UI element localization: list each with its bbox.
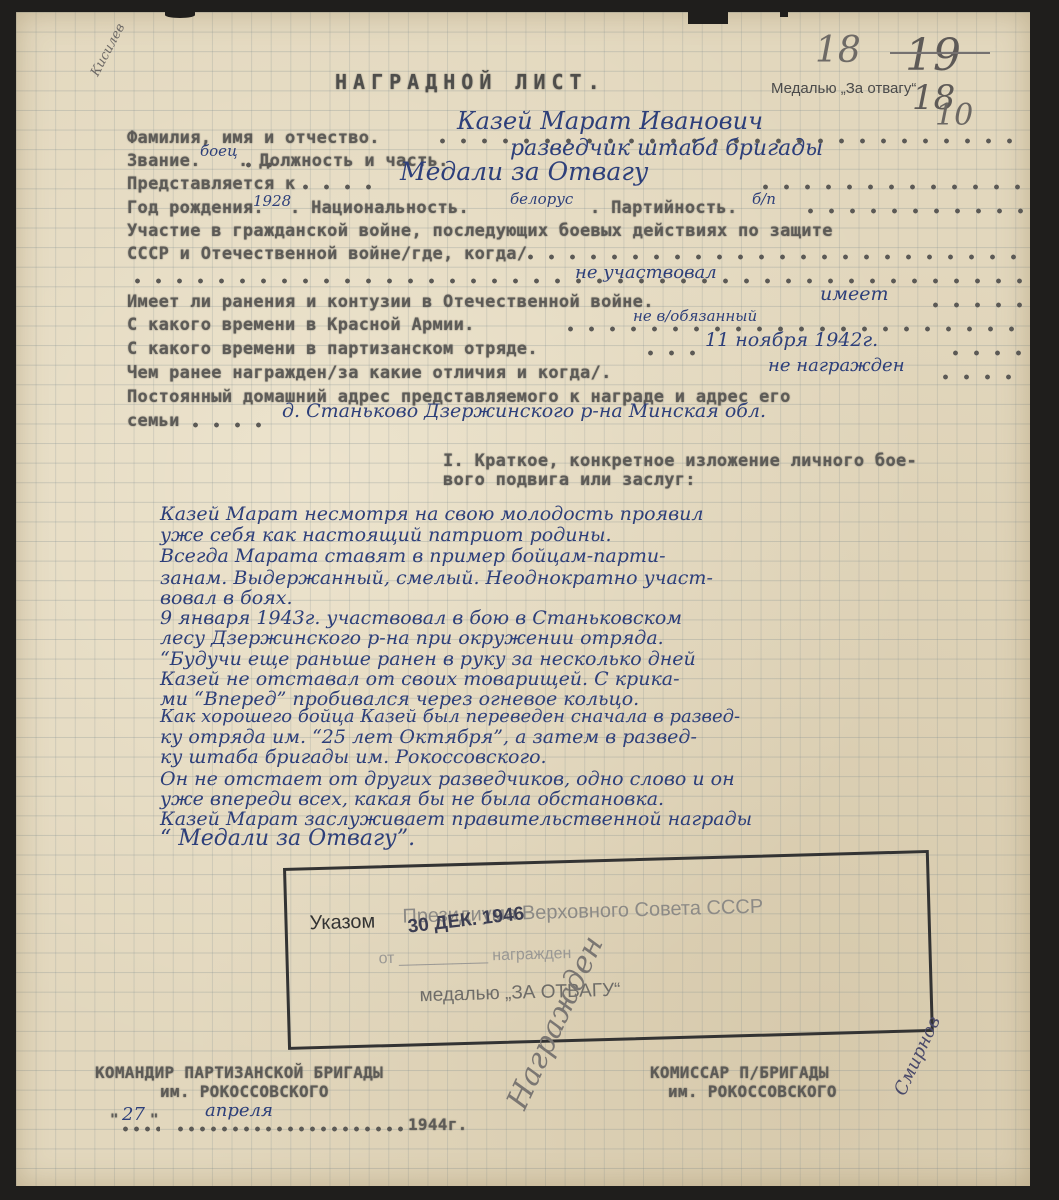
narrative-line: занам. Выдержанный, смелый. Неоднократно… — [160, 567, 713, 589]
narrative-line: Он не отстает от других разведчиков, одн… — [160, 768, 735, 790]
field-label-fullname: Фамилия, имя и отчество. — [127, 128, 380, 148]
narrative-line: 9 января 1943г. участвовал в бою в Стань… — [160, 607, 682, 629]
narrative-line: уже себя как настоящий патриот родины. — [160, 524, 612, 546]
medal-type-stamp: Медалью „За отвагу“ — [771, 80, 916, 97]
dot-leader — [945, 350, 1025, 356]
paper-tear — [688, 12, 728, 24]
field-value-red-army: не в/обязанный — [633, 305, 757, 327]
field-label-party: . Партийность. — [590, 198, 738, 218]
pencil-number-1: 18 — [815, 30, 861, 71]
document-title: НАГРАДНОЙ ЛИСТ. — [335, 72, 606, 92]
narrative-line: вовал в боях. — [160, 587, 293, 609]
field-label-address-2: семьи — [127, 411, 180, 431]
commissar-unit: им. РОКОССОВСКОГО — [668, 1082, 837, 1102]
field-value-wounds: имеет — [820, 283, 889, 305]
commissar-title: КОМИССАР П/БРИГАДЫ — [650, 1063, 829, 1083]
dot-leader — [520, 254, 1025, 260]
dot-leader — [175, 1126, 405, 1132]
narrative-line: Казей не отставал от своих товарищей. С … — [160, 668, 680, 690]
field-value-award: Медали за Отвагу — [400, 161, 648, 183]
commander-unit: им. РОКОССОВСКОГО — [160, 1082, 329, 1102]
field-label-previous-awards: Чем ранее награжден/за какие отличия и к… — [127, 363, 612, 383]
decree-stamp-prefix: Указом — [309, 910, 375, 935]
pencil-strike — [890, 52, 990, 54]
field-value-nationality: белорус — [510, 188, 573, 210]
signature-date-year: 1944г. — [408, 1115, 468, 1135]
dot-leader — [800, 208, 1025, 214]
dot-leader — [935, 374, 1025, 380]
pencil-number-4: 10 — [935, 98, 973, 133]
field-label-birthyear: Год рождения. — [127, 198, 264, 218]
commander-title: КОМАНДИР ПАРТИЗАНСКОЙ БРИГАДЫ — [95, 1063, 383, 1083]
field-label-wounds: Имеет ли ранения и контузии в Отечествен… — [127, 292, 654, 312]
field-label-red-army: С какого времени в Красной Армии. — [127, 315, 475, 335]
dot-leader — [755, 184, 1023, 190]
field-label-partisan-since: С какого времени в партизанском отряде. — [127, 339, 538, 359]
decree-stamp-line2: от __________ награжден — [378, 945, 571, 968]
field-value-previous-awards: не награжден — [768, 355, 905, 377]
dot-leader — [925, 302, 1025, 308]
dot-leader — [238, 162, 278, 168]
narrative-line: уже впереди всех, какая бы не была обста… — [160, 788, 664, 810]
narrative-line: Всегда Марата ставят в пример бойцам-пар… — [160, 545, 666, 567]
field-value-rank: боец — [200, 140, 238, 162]
field-value-fullname: Казей Марат Иванович — [457, 110, 763, 132]
dot-leader — [295, 184, 385, 190]
narrative-line: ку отряда им. “25 лет Октября”, а затем … — [160, 726, 697, 748]
dot-leader — [120, 1126, 160, 1132]
signature-date-month: апреля — [205, 1100, 273, 1122]
field-value-birthyear: 1928 — [253, 190, 291, 212]
signature-date-day: 27 — [122, 1104, 145, 1126]
field-label-war-participation-1: Участие в гражданской войне, последующих… — [127, 221, 833, 241]
narrative-line: Казей Марат несмотря на свою молодость п… — [160, 503, 704, 525]
narrative-line: ку штаба бригады им. Рокоссовского. — [160, 746, 547, 768]
narrative-line: лесу Дзержинского р-на при окружении отр… — [160, 627, 664, 649]
section-heading-line-2: вого подвига или заслуг: — [443, 470, 696, 490]
narrative-line: “Будучи еще раньше ранен в руку за неско… — [160, 648, 696, 670]
field-label-war-participation-2: СССР и Отечественной войне/где, когда/ — [127, 244, 527, 264]
field-value-partisan-since: 11 ноября 1942г. — [705, 329, 878, 351]
pencil-number-2: 19 — [905, 30, 961, 81]
dot-leader — [640, 350, 700, 356]
section-heading-line-1: I. Краткое, конкретное изложение личного… — [443, 451, 917, 471]
narrative-line: “ Медали за Отвагу”. — [160, 828, 415, 850]
field-value-address: д. Станьково Дзержинского р-на Минская о… — [282, 400, 766, 422]
narrative-line: Как хорошего бойца Казей был переведен с… — [160, 706, 740, 728]
dot-leader — [127, 278, 1025, 284]
field-value-party: б/п — [752, 188, 776, 210]
field-label-nationality: . Национальность. — [290, 198, 469, 218]
dot-leader — [185, 422, 270, 428]
field-label-rank: Звание. — [127, 151, 201, 171]
paper-tear — [780, 12, 788, 17]
date-quote-open: " — [110, 1110, 119, 1130]
paper-tear — [165, 12, 195, 18]
